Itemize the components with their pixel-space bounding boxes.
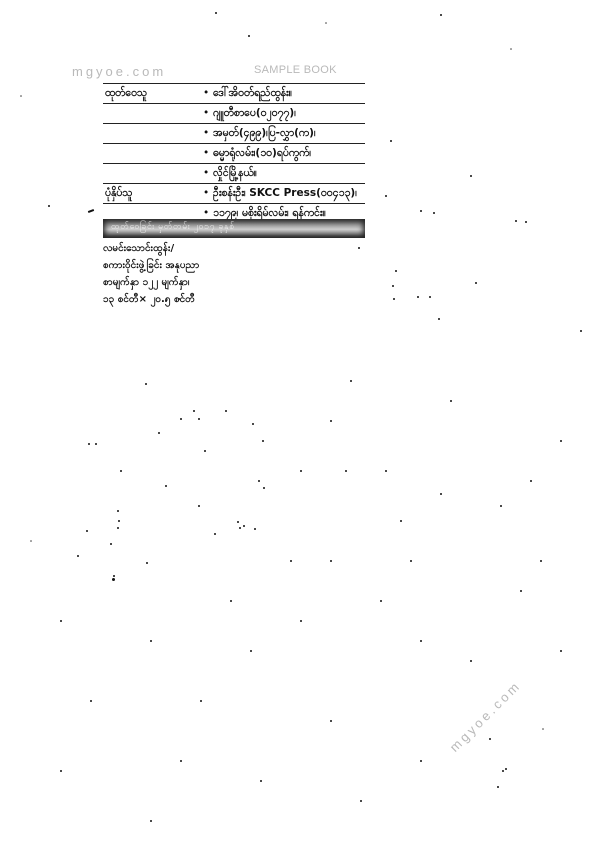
speck (77, 555, 79, 557)
speck (204, 450, 206, 452)
speck (395, 270, 397, 272)
speck (165, 485, 167, 487)
colophon-row-publisher: ထုတ်ဝေသူ • ဒေါ်အိဝတ်ရည်ထွန်း။ (103, 83, 365, 104)
speck (248, 35, 250, 37)
speck (263, 487, 265, 489)
speck (330, 560, 332, 562)
speck (117, 527, 119, 529)
speck (243, 525, 245, 527)
speck (300, 470, 302, 472)
speck (260, 780, 262, 782)
speck (420, 760, 422, 762)
speck (560, 440, 562, 442)
speck (215, 12, 217, 14)
speck (502, 770, 504, 772)
pages-line: စာမျက်နှာ ၁၂၂ မျက်နှာ၊ (103, 274, 199, 291)
speck (580, 330, 582, 332)
speck (530, 480, 532, 482)
bullet-icon: • (203, 164, 209, 183)
speck (150, 820, 152, 822)
speck (380, 600, 382, 602)
speck (239, 527, 241, 529)
speck (145, 383, 147, 385)
speck (429, 296, 431, 298)
speck (180, 418, 182, 420)
speck (520, 590, 522, 592)
speck (254, 528, 256, 530)
speck (178, 298, 180, 300)
speck (417, 296, 419, 298)
speck (475, 282, 477, 284)
speck (250, 650, 252, 652)
colophon-row: • လှိုင်မြို့နယ်။ (103, 164, 365, 184)
colophon-row: • ဓမ္မာရုံလမ်း၊(၁၀)ရပ်ကွက်၊ (103, 144, 365, 164)
speck (393, 298, 395, 300)
speck (440, 493, 442, 495)
speck (198, 505, 200, 507)
speck (118, 520, 120, 522)
speck (150, 640, 152, 642)
speck (158, 432, 160, 434)
speck (505, 768, 507, 770)
speck (560, 650, 562, 652)
dimensions-line: ၁၃ စင်တီ× ၂၀.၅ စင်တီ (103, 291, 199, 308)
speck (410, 560, 412, 562)
speck (500, 505, 502, 507)
speck (497, 786, 499, 788)
row-value: ဂျူတီစာပေ(၀၂၀၇၇)၊ (213, 104, 296, 123)
publication-record-banner: ထုတ်ဝေခြင်း မှတ်တမ်း ၂၀၁၇ ခုနှစ် (103, 219, 365, 238)
speck (360, 800, 362, 802)
speck (433, 212, 435, 214)
speck (542, 728, 544, 730)
speck (525, 221, 527, 223)
banner-text: ထုတ်ဝေခြင်း မှတ်တမ်း ၂၀၁၇ ခုနှစ် (111, 221, 235, 234)
speck (225, 410, 227, 412)
speck (180, 760, 182, 762)
speck (48, 205, 50, 207)
speck (450, 400, 452, 402)
speck (90, 700, 92, 702)
speck (112, 578, 115, 581)
speck (146, 562, 148, 564)
speck (198, 418, 200, 420)
speck (258, 480, 260, 482)
speck (252, 423, 254, 425)
row-value: အမှတ်(၄၉၉)၊ပြ-လွှာ(က)၊ (213, 124, 316, 143)
speck (470, 660, 472, 662)
speck (110, 543, 112, 545)
speck (60, 620, 62, 622)
speck (113, 575, 115, 577)
speck (230, 600, 232, 602)
speck (385, 470, 387, 472)
speck (165, 300, 167, 302)
speck (86, 530, 88, 532)
speck (88, 443, 90, 445)
speck (358, 247, 360, 249)
row-value: လှိုင်မြို့နယ်။ (213, 164, 257, 183)
row-label: ပုံနှိပ်သူ (105, 184, 133, 203)
speck (470, 175, 472, 177)
colophon-row-printer: ပုံနှိပ်သူ • ဦးစန်းဦး၊ SKCC Press(၀၀၄၁၃)… (103, 184, 365, 204)
speck (420, 640, 422, 642)
speck (420, 210, 422, 212)
speck (120, 470, 122, 472)
colophon-row: • အမှတ်(၄၉၉)၊ပြ-လွှာ(က)၊ (103, 124, 365, 144)
speck (400, 520, 402, 522)
speck (300, 620, 302, 622)
speck (345, 470, 347, 472)
catalog-details: လမင်းသောင်းထွန်း/ စကားဝိုင်းဖွဲ့ခြင်း အန… (103, 240, 199, 308)
watermark-site-top: mgyoe.com (72, 64, 166, 79)
speck (540, 560, 542, 562)
colophon-row: • ဂျူတီစာပေ(၀၂၀၇၇)၊ (103, 104, 365, 124)
speck (200, 700, 202, 702)
speck (60, 770, 62, 772)
speck (510, 48, 512, 50)
speck (330, 420, 332, 422)
bullet-icon: • (203, 184, 209, 203)
speck (330, 720, 332, 722)
speck (350, 380, 352, 382)
speck (392, 285, 394, 287)
speck (193, 410, 195, 412)
speck (117, 510, 119, 512)
row-value: ဦးစန်းဦး၊ SKCC Press(၀၀၄၁၃)၊ (213, 184, 357, 203)
speck (290, 560, 292, 562)
bullet-icon: • (203, 144, 209, 163)
speck (515, 220, 517, 222)
speck (438, 318, 440, 320)
title-line: စကားဝိုင်းဖွဲ့ခြင်း အနုပညာ (103, 257, 199, 274)
author-line: လမင်းသောင်းထွန်း/ (103, 240, 199, 257)
speck (440, 14, 442, 16)
speck (489, 738, 491, 740)
colophon-table: ထုတ်ဝေသူ • ဒေါ်အိဝတ်ရည်ထွန်း။ • ဂျူတီစာပ… (103, 83, 365, 224)
speck (325, 22, 327, 24)
speck (95, 443, 97, 445)
row-label: ထုတ်ဝေသူ (105, 84, 147, 103)
speck (20, 95, 22, 97)
speck (30, 540, 32, 542)
scan-mark (88, 209, 94, 213)
bullet-icon: • (203, 124, 209, 143)
watermark-sample-book: SAMPLE BOOK (254, 64, 337, 76)
watermark-site-diagonal: mgyoe.com (447, 678, 524, 755)
bullet-icon: • (203, 104, 209, 123)
row-value: ဒေါ်အိဝတ်ရည်ထွန်း။ (213, 84, 292, 103)
speck (385, 195, 387, 197)
speck (237, 521, 239, 523)
speck (214, 533, 216, 535)
bullet-icon: • (203, 84, 209, 103)
speck (262, 440, 264, 442)
row-value: ဓမ္မာရုံလမ်း၊(၁၀)ရပ်ကွက်၊ (213, 144, 311, 163)
speck (390, 140, 392, 142)
